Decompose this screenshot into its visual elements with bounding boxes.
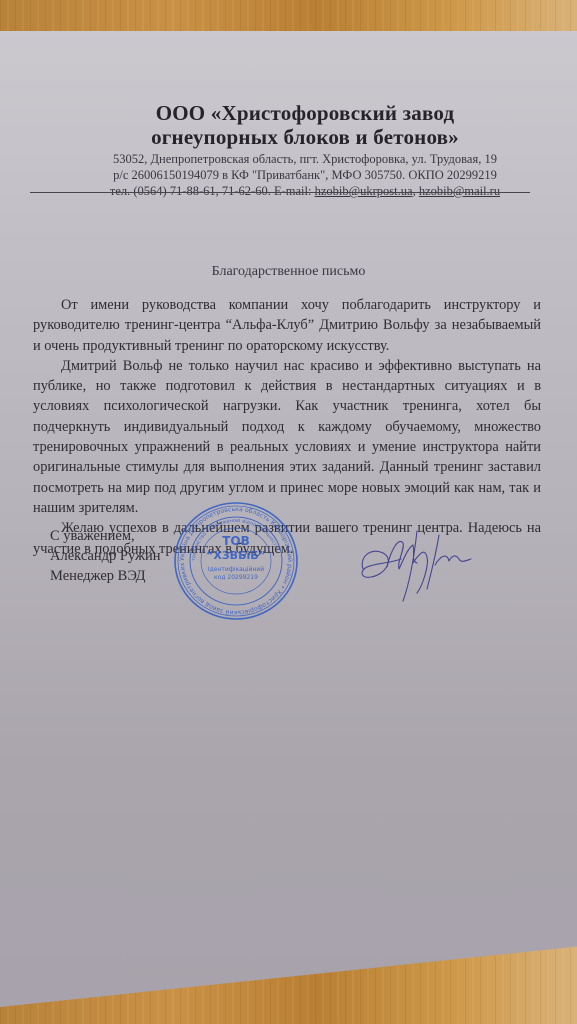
email-link-2[interactable]: hzobib@mail.ru — [419, 184, 500, 198]
closing-salutation: С уважением, — [50, 526, 161, 546]
paragraph-1: От имени руководства компании хочу побла… — [33, 295, 541, 356]
stamp-line-2: “ХЗВБіБ” — [206, 549, 266, 562]
signer-position: Менеджер ВЭД — [50, 566, 161, 586]
company-contacts: тел. (0564) 71-88-61, 71-62-60. E-mail: … — [80, 183, 530, 199]
email-link-1[interactable]: hzobib@ukrpost.ua — [315, 184, 413, 198]
letterhead: ООО «Христофоровский завод огнеупорных б… — [80, 101, 530, 199]
document: ООО «Христофоровский завод огнеупорных б… — [0, 31, 577, 1007]
company-name-line-1: ООО «Христофоровский завод — [80, 101, 530, 125]
signer-name: Александр Ружин — [50, 546, 161, 566]
company-bank-details: р/с 26006150194079 в КФ "Приватбанк", МФ… — [80, 167, 530, 183]
company-stamp-icon: Україна Дніпропетровська область Криворі… — [172, 501, 300, 621]
stamp-line-1: ТОВ — [222, 534, 250, 548]
company-name-line-2: огнеупорных блоков и бетонов» — [80, 125, 530, 149]
signature-icon — [355, 519, 505, 614]
closing-block: С уважением, Александр Ружин Менеджер ВЭ… — [50, 526, 161, 586]
paragraph-2: Дмитрий Вольф не только научил нас краси… — [33, 356, 541, 518]
stamp-line-4: код 20299219 — [214, 574, 258, 581]
letter-title: Благодарственное письмо — [0, 264, 577, 280]
letter-paper: ООО «Христофоровский завод огнеупорных б… — [0, 31, 577, 1007]
company-address: 53052, Днепропетровская область, пгт. Хр… — [80, 151, 530, 167]
company-phone: тел. (0564) 71-88-61, 71-62-60. E-mail: — [110, 184, 315, 198]
letterhead-divider — [30, 192, 530, 193]
stamp-line-3: Ідентифікаційний — [208, 566, 264, 573]
